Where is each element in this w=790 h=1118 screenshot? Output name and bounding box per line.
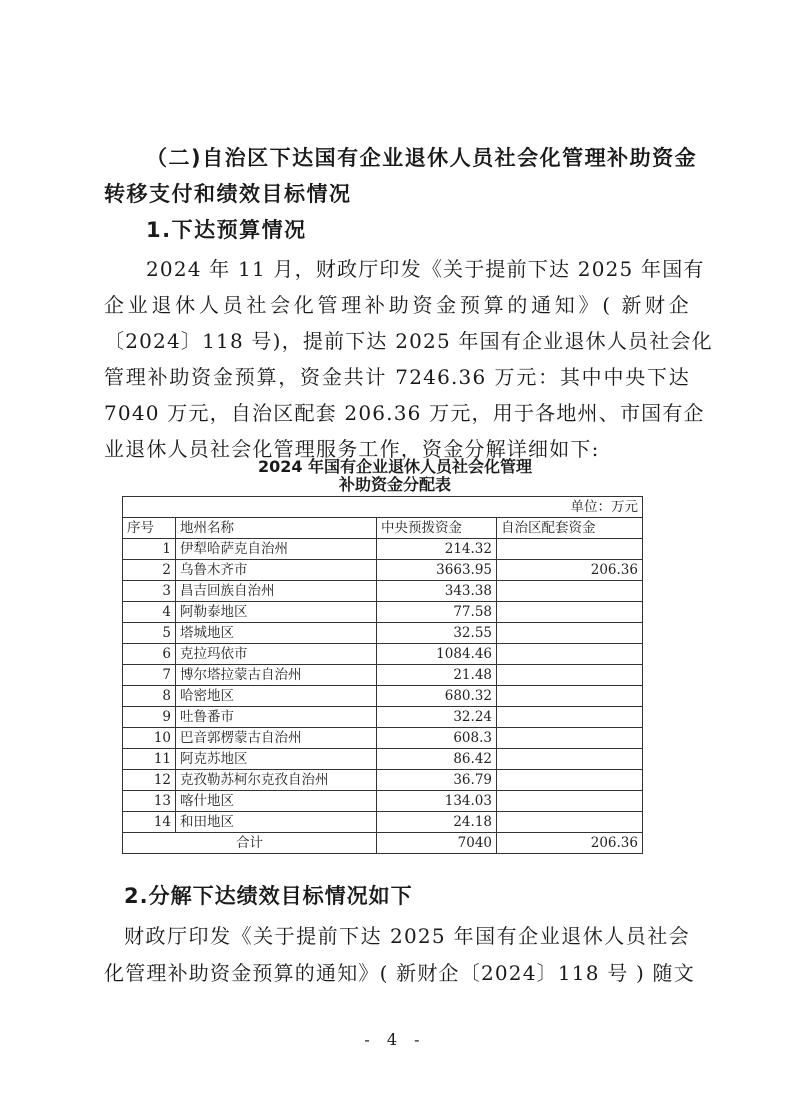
row-seq: 2	[123, 560, 176, 581]
row-central: 680.32	[377, 686, 497, 707]
table-row: 12克孜勒苏柯尔克孜自治州36.79	[123, 770, 643, 791]
unit-label: 单位：万元	[123, 497, 643, 518]
paragraph-line: 企业退休人员社会化管理补助资金预算的通知》( 新财企	[104, 289, 690, 318]
row-seq: 6	[123, 644, 176, 665]
table-row: 10巴音郭楞蒙古自治州608.3	[123, 728, 643, 749]
row-seq: 8	[123, 686, 176, 707]
row-name: 巴音郭楞蒙古自治州	[176, 728, 377, 749]
row-central: 32.55	[377, 623, 497, 644]
row-name: 和田地区	[176, 812, 377, 833]
row-regional	[497, 539, 643, 560]
row-central: 3663.95	[377, 560, 497, 581]
table-row: 5塔城地区32.55	[123, 623, 643, 644]
header-row: 序号 地州名称 中央预拨资金 自治区配套资金	[123, 518, 643, 539]
row-central: 86.42	[377, 749, 497, 770]
table-row: 13喀什地区134.03	[123, 791, 643, 812]
row-seq: 7	[123, 665, 176, 686]
row-regional	[497, 623, 643, 644]
row-name: 阿勒泰地区	[176, 602, 377, 623]
row-name: 昌吉回族自治州	[176, 581, 377, 602]
page-number: - 4 -	[0, 1030, 790, 1049]
row-regional	[497, 749, 643, 770]
row-name: 阿克苏地区	[176, 749, 377, 770]
table-row: 11阿克苏地区86.42	[123, 749, 643, 770]
row-seq: 4	[123, 602, 176, 623]
table-row: 9吐鲁番市32.24	[123, 707, 643, 728]
paragraph-line: 〔2024〕118 号)，提前下达 2025 年国有企业退休人员社会化	[104, 325, 690, 354]
paragraph-line: 化管理补助资金预算的通知》( 新财企〔2024〕118 号 ) 随文	[104, 957, 690, 986]
row-regional	[497, 770, 643, 791]
row-central: 608.3	[377, 728, 497, 749]
paragraph-line: 管理补助资金预算，资金共计 7246.36 万元：其中中央下达	[104, 361, 690, 390]
row-name: 喀什地区	[176, 791, 377, 812]
row-name: 塔城地区	[176, 623, 377, 644]
row-seq: 3	[123, 581, 176, 602]
row-name: 吐鲁番市	[176, 707, 377, 728]
row-central: 1084.46	[377, 644, 497, 665]
header-central: 中央预拨资金	[377, 518, 497, 539]
total-regional: 206.36	[497, 833, 643, 854]
row-name: 伊犁哈萨克自治州	[176, 539, 377, 560]
section-heading-line2: 转移支付和绩效目标情况	[104, 178, 352, 208]
row-name: 克拉玛依市	[176, 644, 377, 665]
row-central: 214.32	[377, 539, 497, 560]
table-title-line2: 补助资金分配表	[0, 476, 790, 493]
paragraph-line: 7040 万元，自治区配套 206.36 万元，用于各地州、市国有企	[104, 397, 690, 426]
table-row: 6克拉玛依市1084.46	[123, 644, 643, 665]
table-row: 7博尔塔拉蒙古自治州21.48	[123, 665, 643, 686]
allocation-table: 单位：万元 序号 地州名称 中央预拨资金 自治区配套资金 1伊犁哈萨克自治州21…	[122, 496, 643, 854]
row-regional	[497, 665, 643, 686]
header-seq: 序号	[123, 518, 176, 539]
table-row: 8哈密地区680.32	[123, 686, 643, 707]
table-row: 14和田地区24.18	[123, 812, 643, 833]
row-name: 博尔塔拉蒙古自治州	[176, 665, 377, 686]
total-central: 7040	[377, 833, 497, 854]
row-regional	[497, 686, 643, 707]
row-regional	[497, 602, 643, 623]
row-seq: 14	[123, 812, 176, 833]
row-regional	[497, 707, 643, 728]
header-regional: 自治区配套资金	[497, 518, 643, 539]
header-name: 地州名称	[176, 518, 377, 539]
row-seq: 5	[123, 623, 176, 644]
row-regional: 206.36	[497, 560, 643, 581]
table-row: 4阿勒泰地区77.58	[123, 602, 643, 623]
row-seq: 1	[123, 539, 176, 560]
row-regional	[497, 728, 643, 749]
row-central: 343.38	[377, 581, 497, 602]
subheading-performance: 2.分解下达绩效目标情况如下	[124, 880, 413, 910]
row-seq: 9	[123, 707, 176, 728]
total-label: 合计	[123, 833, 377, 854]
paragraph-line: 2024 年 11 月，财政厅印发《关于提前下达 2025 年国有	[146, 253, 690, 282]
table-title-line1: 2024 年国有企业退休人员社会化管理	[0, 458, 790, 475]
subheading-budget: 1.下达预算情况	[146, 214, 307, 244]
row-central: 36.79	[377, 770, 497, 791]
row-central: 24.18	[377, 812, 497, 833]
row-seq: 11	[123, 749, 176, 770]
row-name: 乌鲁木齐市	[176, 560, 377, 581]
table-row: 3昌吉回族自治州343.38	[123, 581, 643, 602]
row-seq: 13	[123, 791, 176, 812]
total-row: 合计 7040 206.36	[123, 833, 643, 854]
row-central: 32.24	[377, 707, 497, 728]
row-regional	[497, 791, 643, 812]
section-heading-line1: （二)自治区下达国有企业退休人员社会化管理补助资金	[146, 142, 697, 172]
row-name: 克孜勒苏柯尔克孜自治州	[176, 770, 377, 791]
row-name: 哈密地区	[176, 686, 377, 707]
table-row: 2乌鲁木齐市3663.95206.36	[123, 560, 643, 581]
row-regional	[497, 812, 643, 833]
row-central: 77.58	[377, 602, 497, 623]
paragraph-line: 财政厅印发《关于提前下达 2025 年国有企业退休人员社会	[124, 920, 690, 949]
row-central: 21.48	[377, 665, 497, 686]
row-regional	[497, 644, 643, 665]
row-seq: 12	[123, 770, 176, 791]
row-regional	[497, 581, 643, 602]
row-central: 134.03	[377, 791, 497, 812]
table-row: 1伊犁哈萨克自治州214.32	[123, 539, 643, 560]
row-seq: 10	[123, 728, 176, 749]
unit-row: 单位：万元	[123, 497, 643, 518]
